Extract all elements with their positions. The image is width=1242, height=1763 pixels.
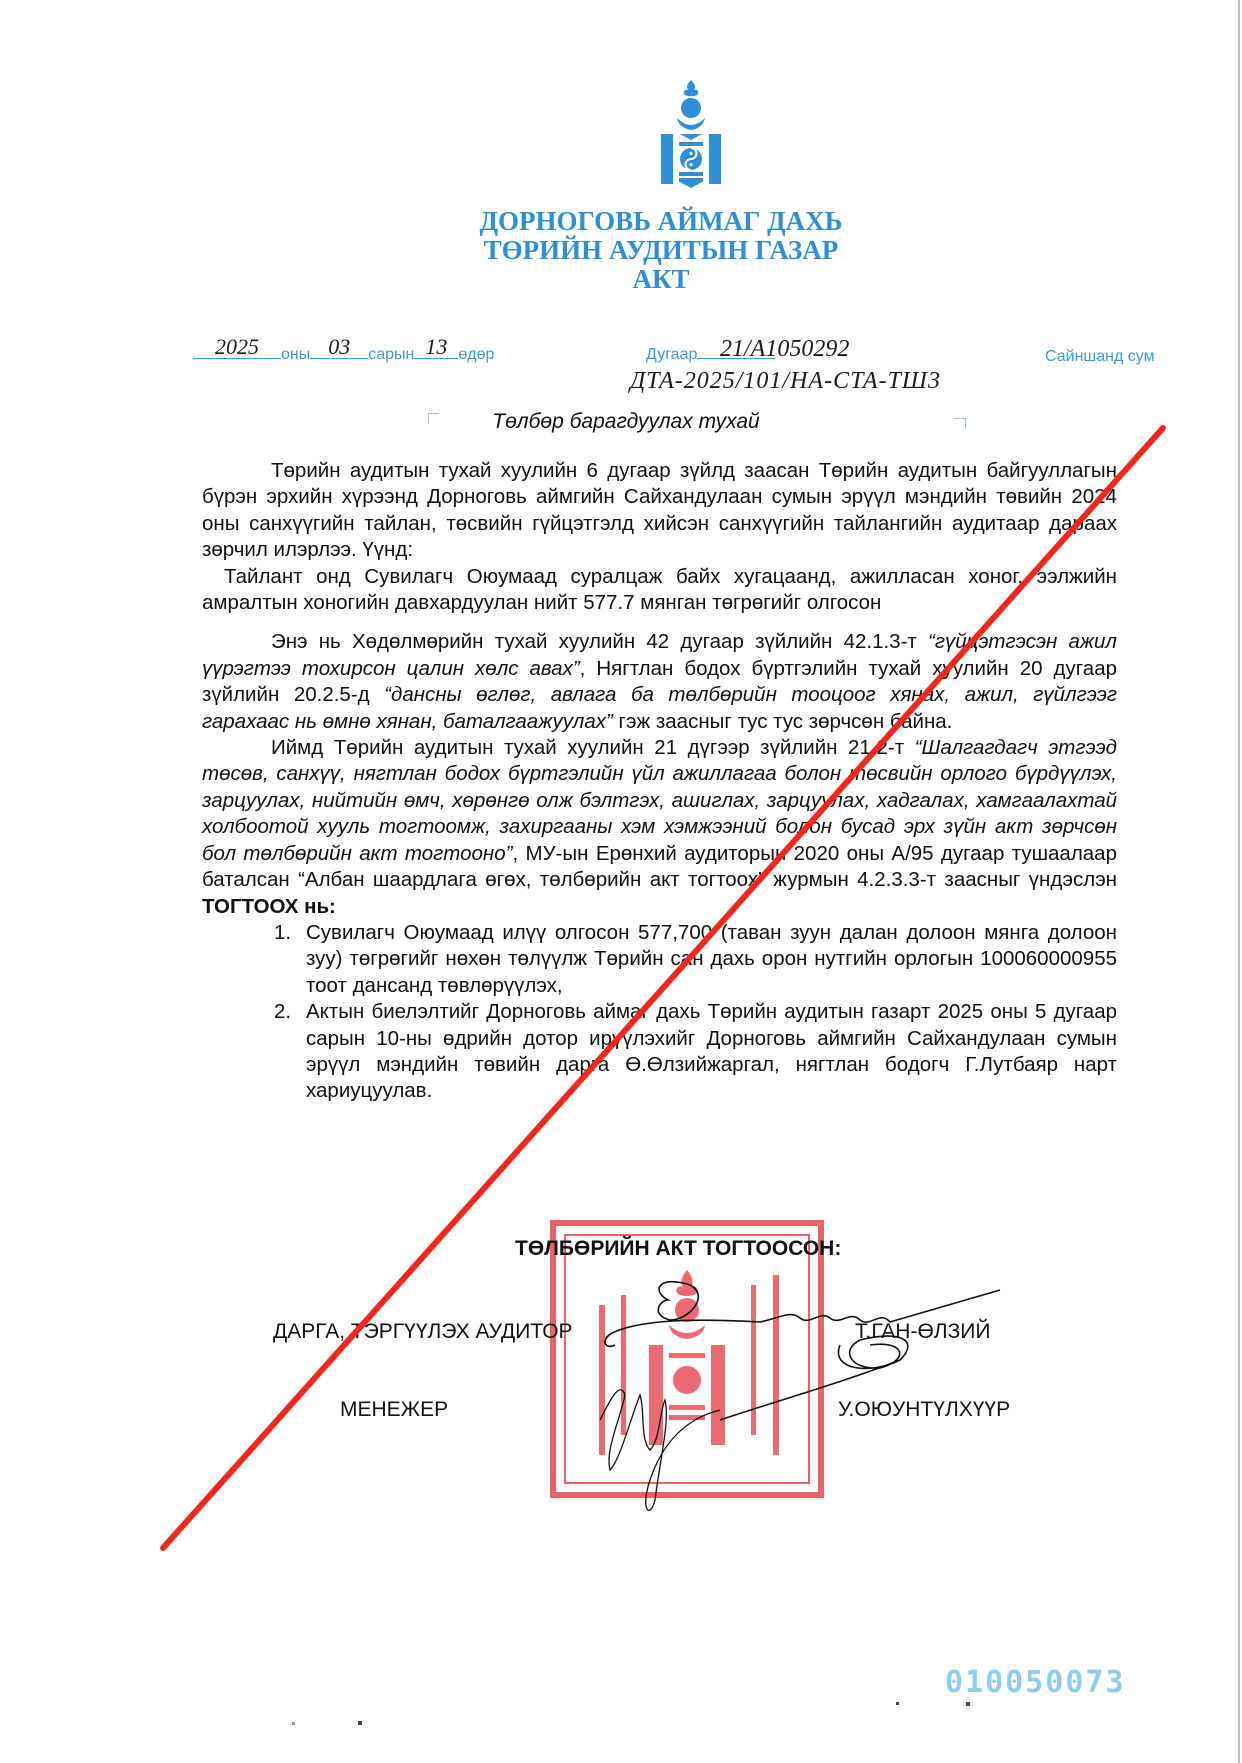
signer-role: ДАРГА, ТЭРГҮҮЛЭХ АУДИТОР xyxy=(273,1320,573,1344)
soyombo-emblem-icon xyxy=(655,78,727,190)
scan-speck xyxy=(292,1722,295,1725)
signer-name: У.ОЮУНТҮЛХҮҮР xyxy=(838,1398,1010,1422)
day-value: 13 xyxy=(414,336,458,358)
signatures-title: ТӨЛБӨРИЙН АКТ ТОГТООСОН: xyxy=(515,1237,841,1261)
paragraph-legal-basis: Энэ нь Хөдөлмөрийн тухай хуулийн 42 дуга… xyxy=(202,629,1117,735)
document-type: АКТ xyxy=(40,264,1242,294)
org-name-line2: ТӨРИЙН АУДИТЫН ГАЗАР xyxy=(40,235,1242,265)
number-label: Дугаар xyxy=(646,346,697,363)
resolution-list: 1.Сувилагч Оюумаад илүү олгосон 577,700 … xyxy=(202,920,1117,1105)
day-field: 13 xyxy=(414,340,458,359)
month-label: сарын xyxy=(368,346,414,363)
paragraph-findings: Төрийн аудитын тухай хуулийн 6 дугаар зү… xyxy=(202,458,1117,564)
year-field: 2025 xyxy=(193,340,281,359)
text: Энэ нь Хөдөлмөрийн тухай хуулийн 42 дуга… xyxy=(271,630,928,653)
resolution-heading: ТОГТООХ нь: xyxy=(202,895,336,918)
place-name: Сайншанд сум xyxy=(1045,348,1155,366)
serial-number: 010050073 xyxy=(945,1665,1126,1700)
number-value: 21/А1050292 xyxy=(720,336,849,363)
resolution-item: 2.Актын биелэлтийг Дорноговь аймаг дахь … xyxy=(202,999,1117,1105)
signer-name: Т.ГАН-ӨЛЗИЙ xyxy=(855,1320,990,1344)
year-value: 2025 xyxy=(193,336,281,358)
month-value: 03 xyxy=(310,336,368,358)
resolution-item: 1.Сувилагч Оюумаад илүү олгосон 577,700 … xyxy=(202,920,1117,999)
month-field: 03 xyxy=(310,340,368,359)
document-body: Төрийн аудитын тухай хуулийн 6 дугаар зү… xyxy=(202,458,1117,1105)
year-label: оны xyxy=(281,346,310,363)
org-name-line1: ДОРНОГОВЬ АЙМАГ ДАХЬ xyxy=(40,206,1242,236)
signer-role: МЕНЕЖЕР xyxy=(340,1398,448,1422)
subject-title: Төлбөр барагдуулах тухай xyxy=(0,410,1242,434)
paragraph-decision-basis: Иймд Төрийн аудитын тухай хуулийн 21 дүг… xyxy=(202,735,1117,920)
scan-speck xyxy=(358,1721,362,1725)
text: Иймд Төрийн аудитын тухай хуулийн 21 дүг… xyxy=(271,736,915,759)
paragraph-violation: Тайлант онд Сувилагч Оюумаад суралцаж ба… xyxy=(202,564,1117,617)
item-text: Актын биелэлтийг Дорноговь аймаг дахь Тө… xyxy=(306,1000,1117,1102)
date-line: 2025оны03сарын13өдөр xyxy=(193,340,494,364)
reference-code: ДТА-2025/101/НА-СТА-ТШ3 xyxy=(630,368,941,395)
item-text: Сувилагч Оюумаад илүү олгосон 577,700 (т… xyxy=(306,921,1117,997)
item-number: 2. xyxy=(274,999,291,1025)
text: гэж заасныг тус тус зөрчсөн байна. xyxy=(613,710,953,733)
item-number: 1. xyxy=(274,920,291,946)
day-label: өдөр xyxy=(458,346,494,363)
scan-speck xyxy=(966,1702,970,1706)
scan-speck xyxy=(896,1702,899,1705)
